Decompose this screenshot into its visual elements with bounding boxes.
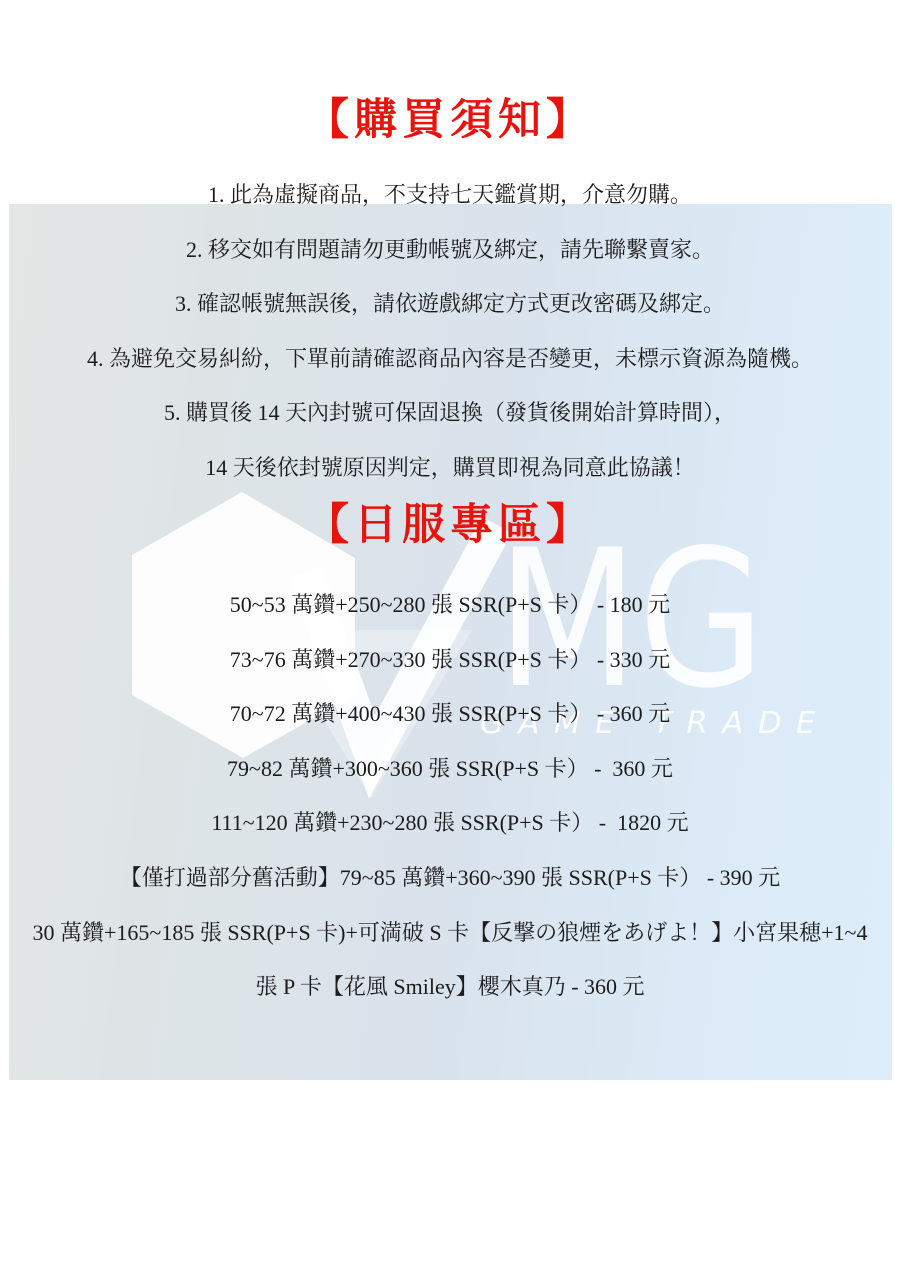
notice-line: 1. 此為虛擬商品，不支持七天鑑賞期，介意勿購。 <box>0 168 900 223</box>
listing-notice-poster: MG GAME TRADE 【購買須知】 1. 此為虛擬商品，不支持七天鑑賞期，… <box>0 0 900 1273</box>
price-line: 30 萬鑽+165~185 張 SSR(P+S 卡)+可満破 S 卡【反撃の狼煙… <box>0 906 900 961</box>
jp-server-section-title: 【日服專區】 <box>0 498 900 554</box>
notice-line: 2. 移交如有問題請勿更動帳號及綁定，請先聯繫賣家。 <box>0 223 900 278</box>
price-line: 50~53 萬鑽+250~280 張 SSR(P+S 卡） - 180 元 <box>0 578 900 633</box>
notice-line: 5. 購買後 14 天內封號可保固退換（發貨後開始計算時間）， <box>0 386 900 441</box>
price-line: 張 P 卡【花風 Smiley】櫻木真乃 - 360 元 <box>0 960 900 1015</box>
notice-line: 4. 為避免交易糾紛，下單前請確認商品內容是否變更，未標示資源為隨機。 <box>0 332 900 387</box>
notice-line: 3. 確認帳號無誤後，請依遊戲綁定方式更改密碼及綁定。 <box>0 277 900 332</box>
price-line: 111~120 萬鑽+230~280 張 SSR(P+S 卡） - 1820 元 <box>0 796 900 851</box>
purchase-notice-title: 【購買須知】 <box>0 93 900 149</box>
price-line: 70~72 萬鑽+400~430 張 SSR(P+S 卡） - 360 元 <box>0 687 900 742</box>
jp-server-price-list: 50~53 萬鑽+250~280 張 SSR(P+S 卡） - 180 元 73… <box>0 578 900 1015</box>
price-line: 73~76 萬鑽+270~330 張 SSR(P+S 卡） - 330 元 <box>0 633 900 688</box>
price-line: 79~82 萬鑽+300~360 張 SSR(P+S 卡） - 360 元 <box>0 742 900 797</box>
price-line: 【僅打過部分舊活動】79~85 萬鑽+360~390 張 SSR(P+S 卡） … <box>0 851 900 906</box>
notice-line: 14 天後依封號原因判定，購買即視為同意此協議！ <box>0 441 900 496</box>
poster-content: 【購買須知】 1. 此為虛擬商品，不支持七天鑑賞期，介意勿購。 2. 移交如有問… <box>0 0 900 1273</box>
purchase-notice-list: 1. 此為虛擬商品，不支持七天鑑賞期，介意勿購。 2. 移交如有問題請勿更動帳號… <box>0 168 900 496</box>
